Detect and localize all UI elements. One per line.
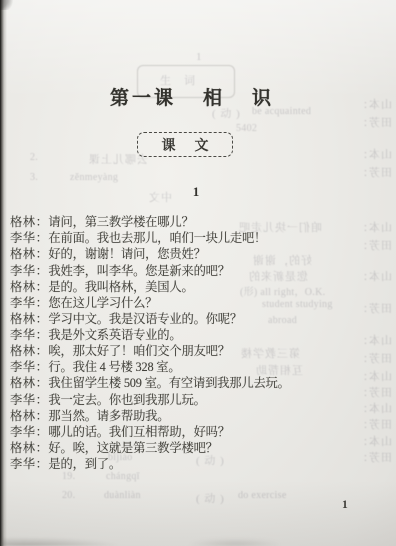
bleedthrough-text: zěnmeyàng	[70, 172, 118, 183]
scan-edge-left	[0, 0, 7, 546]
dialogue-line: 李华：我一定去。你也到我那儿玩。	[10, 391, 390, 407]
dialogue-line: 格林：是的。我叫格林，美国人。	[10, 278, 390, 294]
dialogue-line: 李华：是的，到了。	[10, 455, 390, 471]
scan-smudge-bottom	[190, 539, 280, 546]
kewen-label-char-2: 文	[195, 135, 209, 155]
lesson-number-text: 第一课	[110, 83, 176, 110]
dialogue-line: 格林：那当然。请多帮助我。	[10, 407, 390, 423]
bleedthrough-text: 田芳：	[356, 114, 392, 130]
bleedthrough-text: 2.	[30, 152, 38, 163]
dialogue-line: 格林：好的，谢谢！请问，您贵姓？	[10, 245, 390, 261]
dialogue-line: 格林：学习中文。我是汉语专业的。你呢？	[10, 310, 390, 326]
dialogue-line: 格林：请问，第三教学楼在哪儿？	[10, 213, 390, 229]
dialogue-line: 格林：唉，那太好了！咱们交个朋友吧？	[10, 342, 390, 358]
section-number: 1	[0, 184, 392, 200]
scan-smudge-bottom-left	[0, 537, 120, 546]
bleedthrough-text: 1	[196, 51, 203, 63]
dialogue-line: 李华：我是外文系英语专业的。	[10, 326, 390, 342]
scan-corner-mark	[0, 0, 14, 10]
page-number: 1	[342, 499, 348, 511]
bleedthrough-text: 20.	[62, 490, 75, 501]
kewen-label-char-1: 课	[162, 135, 176, 155]
dialogue-line: 格林：好。唉，这就是第三教学楼吧？	[10, 439, 390, 455]
speaker-label: 李华：	[10, 454, 48, 472]
bleedthrough-text: chángqī	[106, 471, 140, 482]
lesson-title: 第一课 相 识	[0, 83, 384, 110]
dialogue-line: 李华：在前面。我也去那儿，咱们一块儿走吧！	[10, 229, 390, 245]
dialogue: 格林：请问，第三教学楼在哪儿？李华：在前面。我也去那儿，咱们一块儿走吧！格林：好…	[10, 213, 390, 471]
bleedthrough-text: ( 动 )	[196, 490, 225, 506]
bleedthrough-text: 3.	[30, 172, 38, 183]
bleedthrough-text: 19.	[62, 471, 75, 482]
bleedthrough-text: 5402	[236, 123, 257, 134]
bleedthrough-text: duànliàn	[104, 490, 141, 501]
kewen-box: 课 文	[137, 132, 233, 157]
lesson-title-char-1: 相	[203, 83, 225, 110]
dialogue-text: 是的，到了。	[48, 454, 121, 472]
dialogue-line: 李华：行。我住 4 号楼 328 室。	[10, 358, 390, 374]
dialogue-line: 李华：您在这儿学习什么？	[10, 294, 390, 310]
dialogue-line: 李华：我姓李，叫李华。您是新来的吧？	[10, 261, 390, 277]
bleedthrough-text: 田芳：	[356, 164, 392, 180]
dialogue-line: 李华：哪儿的话。我们互相帮助，好吗？	[10, 423, 390, 439]
textbook-page: 1生 词( 动 )be acquainted5402山本：田芳：山本：田芳：2.…	[0, 0, 396, 546]
lesson-title-char-2: 识	[252, 83, 274, 110]
bleedthrough-text: 山本：	[356, 146, 392, 162]
bleedthrough-text: do exercise	[238, 490, 287, 501]
dialogue-line: 格林：我住留学生楼 509 室。有空请到我那儿去玩。	[10, 374, 390, 390]
